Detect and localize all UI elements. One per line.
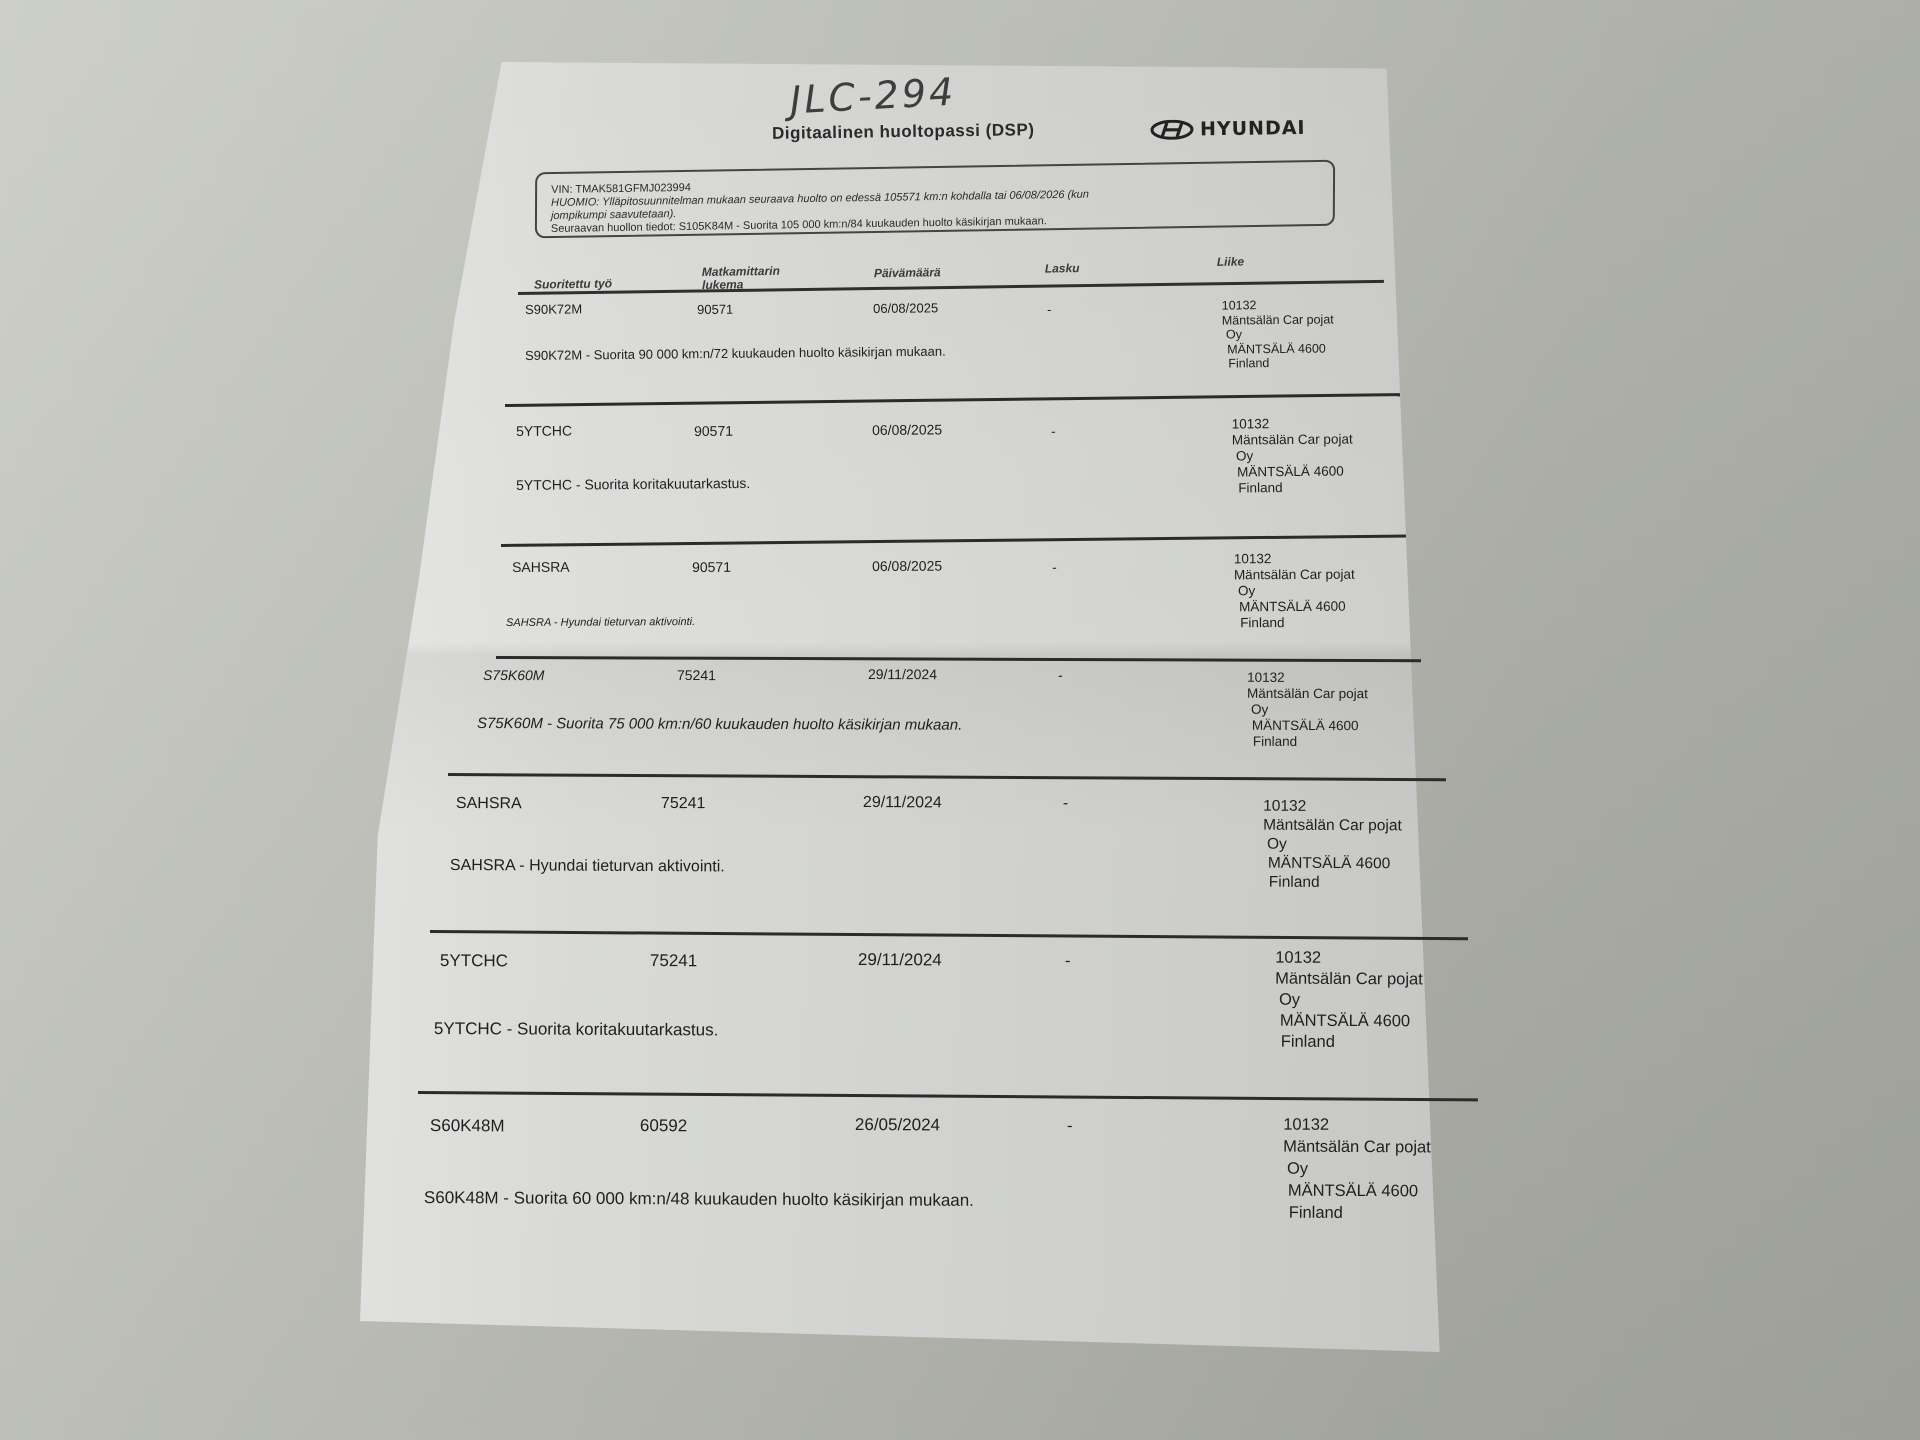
dealer-address-line: Mäntsälän Car pojat bbox=[1263, 816, 1402, 836]
notice-box: VIN: TMAK581GFMJ023994 HUOMIO: Ylläpitos… bbox=[535, 160, 1335, 239]
entry-divider bbox=[418, 1091, 1478, 1101]
odometer-reading: 90571 bbox=[694, 423, 733, 439]
work-code: 5YTCHC bbox=[516, 423, 572, 439]
dealer-address-line: MÄNTSÄLÄ 4600 bbox=[1239, 599, 1355, 616]
dealer-address-line: Oy bbox=[1236, 447, 1353, 464]
dealer-address-line: 10132 bbox=[1247, 670, 1368, 686]
dealer-address-line: Finland bbox=[1238, 479, 1353, 496]
dealer-address-line: 10132 bbox=[1283, 1114, 1431, 1137]
dealer-address-line: Mäntsälän Car pojat bbox=[1222, 312, 1334, 328]
invoice-value: - bbox=[1047, 302, 1052, 317]
invoice-value: - bbox=[1052, 559, 1057, 575]
handwritten-plate-note: JLC-294 bbox=[789, 70, 957, 123]
invoice-value: - bbox=[1067, 1116, 1073, 1136]
invoice-value: - bbox=[1065, 951, 1071, 971]
work-description: S60K48M - Suorita 60 000 km:n/48 kuukaud… bbox=[424, 1188, 974, 1211]
invoice-value: - bbox=[1058, 667, 1063, 683]
work-code: SAHSRA bbox=[512, 559, 570, 575]
dealer-address-line: 10132 bbox=[1275, 948, 1423, 970]
dealer-address-line: Oy bbox=[1226, 326, 1334, 342]
dealer-address-line: Oy bbox=[1238, 583, 1355, 600]
service-date: 06/08/2025 bbox=[872, 421, 942, 438]
brand-header: HYUNDAI bbox=[1150, 117, 1306, 141]
dealer-address-line: Mäntsälän Car pojat bbox=[1283, 1136, 1431, 1159]
service-date: 29/11/2024 bbox=[863, 794, 942, 812]
brand-name: HYUNDAI bbox=[1200, 117, 1306, 140]
entry-divider bbox=[501, 535, 1406, 547]
odometer-reading: 75241 bbox=[650, 951, 697, 971]
column-header-date: Päivämäärä bbox=[874, 266, 941, 280]
dealer-address: 10132Mäntsälän Car pojatOyMÄNTSÄLÄ 4600F… bbox=[1263, 797, 1402, 893]
work-code: S90K72M bbox=[525, 301, 582, 317]
entry-divider bbox=[505, 393, 1400, 407]
invoice-value: - bbox=[1051, 423, 1056, 439]
work-description: SAHSRA - Hyundai tieturvan aktivointi. bbox=[506, 616, 695, 629]
service-date: 26/05/2024 bbox=[855, 1115, 940, 1135]
dealer-address: 10132Mäntsälän Car pojatOyMÄNTSÄLÄ 4600F… bbox=[1222, 297, 1335, 371]
dealer-address-line: Mäntsälän Car pojat bbox=[1232, 431, 1353, 448]
dealer-address-line: MÄNTSÄLÄ 4600 bbox=[1288, 1180, 1431, 1203]
dealer-address: 10132Mäntsälän Car pojatOyMÄNTSÄLÄ 4600F… bbox=[1275, 948, 1423, 1054]
dealer-address-line: Finland bbox=[1269, 873, 1402, 893]
work-code: 5YTCHC bbox=[440, 951, 508, 971]
service-date: 06/08/2025 bbox=[872, 558, 942, 574]
service-date: 29/11/2024 bbox=[868, 666, 937, 682]
dealer-address-line: 10132 bbox=[1232, 415, 1353, 432]
document-title: Digitaalinen huoltopassi (DSP) bbox=[772, 120, 1035, 144]
dealer-address-line: MÄNTSÄLÄ 4600 bbox=[1237, 463, 1353, 480]
column-header-dealer: Liike bbox=[1217, 255, 1245, 268]
dealer-address-line: 10132 bbox=[1222, 297, 1334, 313]
service-date: 29/11/2024 bbox=[858, 950, 942, 970]
dealer-address-line: Finland bbox=[1240, 615, 1355, 632]
dealer-address: 10132Mäntsälän Car pojatOyMÄNTSÄLÄ 4600F… bbox=[1283, 1114, 1431, 1225]
work-description: 5YTCHC - Suorita koritakuutarkastus. bbox=[516, 475, 750, 493]
work-description: SAHSRA - Hyundai tieturvan aktivointi. bbox=[450, 857, 725, 876]
entry-divider bbox=[448, 773, 1446, 781]
odometer-reading: 75241 bbox=[661, 795, 706, 813]
work-description: S75K60M - Suorita 75 000 km:n/60 kuukaud… bbox=[477, 715, 962, 734]
entry-divider bbox=[430, 930, 1468, 940]
work-description: S90K72M - Suorita 90 000 km:n/72 kuukaud… bbox=[525, 344, 946, 363]
dealer-address-line: Mäntsälän Car pojat bbox=[1234, 567, 1355, 584]
service-date: 06/08/2025 bbox=[873, 300, 938, 316]
column-header-invoice: Lasku bbox=[1045, 262, 1080, 276]
dealer-address: 10132Mäntsälän Car pojatOyMÄNTSÄLÄ 4600F… bbox=[1247, 670, 1368, 750]
dealer-address-line: MÄNTSÄLÄ 4600 bbox=[1280, 1011, 1423, 1033]
dealer-address-line: 10132 bbox=[1234, 551, 1355, 568]
odometer-reading: 90571 bbox=[697, 302, 733, 317]
odometer-reading: 90571 bbox=[692, 559, 731, 575]
work-description: 5YTCHC - Suorita koritakuutarkastus. bbox=[434, 1019, 718, 1040]
dealer-address-line: Finland bbox=[1228, 355, 1334, 371]
dealer-address-line: 10132 bbox=[1263, 797, 1402, 817]
dealer-address: 10132Mäntsälän Car pojatOyMÄNTSÄLÄ 4600F… bbox=[1232, 415, 1354, 496]
dealer-address-line: Mäntsälän Car pojat bbox=[1247, 686, 1368, 702]
dealer-address-line: Oy bbox=[1287, 1158, 1431, 1181]
odometer-reading: 60592 bbox=[640, 1116, 687, 1136]
dealer-address-line: Mäntsälän Car pojat bbox=[1275, 969, 1423, 991]
invoice-value: - bbox=[1063, 795, 1068, 813]
table-header: Suoritettu työ Matkamittarin lukema Päiv… bbox=[532, 255, 1382, 302]
dealer-address-line: MÄNTSÄLÄ 4600 bbox=[1252, 718, 1368, 734]
column-header-work: Suoritettu työ bbox=[534, 277, 612, 291]
dealer-address: 10132Mäntsälän Car pojatOyMÄNTSÄLÄ 4600F… bbox=[1234, 551, 1355, 632]
odometer-reading: 75241 bbox=[677, 667, 716, 683]
work-code: S60K48M bbox=[430, 1116, 505, 1136]
dealer-address-line: Finland bbox=[1289, 1202, 1431, 1225]
dealer-address-line: Finland bbox=[1281, 1032, 1423, 1054]
entry-divider bbox=[496, 656, 1421, 662]
dealer-address-line: Oy bbox=[1251, 702, 1368, 718]
work-code: S75K60M bbox=[483, 667, 545, 683]
dealer-address-line: Oy bbox=[1279, 990, 1423, 1012]
dealer-address-line: Finland bbox=[1253, 734, 1368, 750]
hyundai-logo-icon bbox=[1150, 119, 1194, 140]
dealer-address-line: Oy bbox=[1267, 835, 1402, 855]
dealer-address-line: MÄNTSÄLÄ 4600 bbox=[1268, 854, 1402, 874]
service-passport-document: JLC-294 Digitaalinen huoltopassi (DSP) H… bbox=[0, 0, 1920, 1440]
work-code: SAHSRA bbox=[456, 795, 522, 813]
dealer-address-line: MÄNTSÄLÄ 4600 bbox=[1227, 341, 1334, 357]
